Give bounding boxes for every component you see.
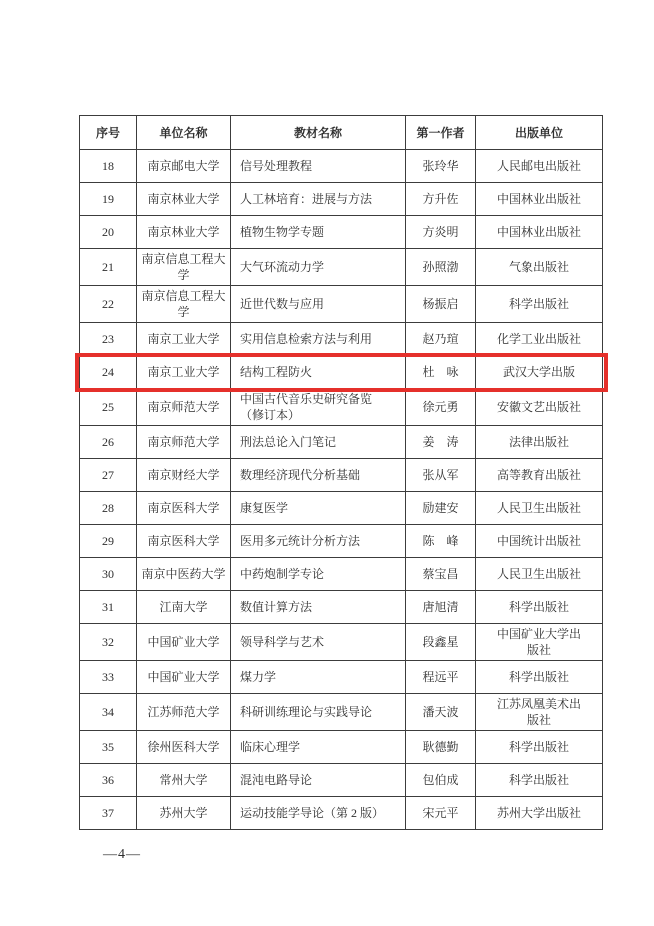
cell-author: 宋元平 (406, 797, 476, 830)
textbook-table: 序号单位名称教材名称第一作者出版单位 18南京邮电大学信号处理教程张玲华人民邮电… (79, 115, 603, 830)
table-row: 21南京信息工程大学大气环流动力学孙照渤气象出版社 (80, 249, 603, 286)
cell-no: 18 (80, 150, 137, 183)
cell-unit: 南京财经大学 (137, 459, 231, 492)
cell-no: 37 (80, 797, 137, 830)
table-row: 34江苏师范大学科研训练理论与实践导论潘天波江苏凤凰美术出版社 (80, 694, 603, 731)
cell-author: 杨振启 (406, 286, 476, 323)
cell-book: 混沌电路导论 (231, 764, 406, 797)
cell-book: 信号处理教程 (231, 150, 406, 183)
cell-unit: 南京工业大学 (137, 323, 231, 356)
cell-unit: 苏州大学 (137, 797, 231, 830)
table-row: 26南京师范大学刑法总论入门笔记姜 涛法律出版社 (80, 426, 603, 459)
cell-author: 孙照渤 (406, 249, 476, 286)
cell-book: 结构工程防火 (231, 356, 406, 389)
cell-publisher: 高等教育出版社 (476, 459, 603, 492)
cell-author: 潘天波 (406, 694, 476, 731)
table-row: 30南京中医药大学中药炮制学专论蔡宝昌人民卫生出版社 (80, 558, 603, 591)
cell-book: 植物生物学专题 (231, 216, 406, 249)
table-row: 33中国矿业大学煤力学程远平科学出版社 (80, 661, 603, 694)
cell-book: 数理经济现代分析基础 (231, 459, 406, 492)
cell-no: 25 (80, 389, 137, 426)
cell-no: 28 (80, 492, 137, 525)
cell-book: 实用信息检索方法与利用 (231, 323, 406, 356)
cell-publisher: 武汉大学出版 (476, 356, 603, 389)
cell-author: 唐旭清 (406, 591, 476, 624)
table-row: 29南京医科大学医用多元统计分析方法陈 峰中国统计出版社 (80, 525, 603, 558)
cell-unit: 南京林业大学 (137, 183, 231, 216)
cell-no: 29 (80, 525, 137, 558)
document-page: 序号单位名称教材名称第一作者出版单位 18南京邮电大学信号处理教程张玲华人民邮电… (0, 0, 654, 926)
cell-unit: 南京信息工程大学 (137, 286, 231, 323)
cell-book: 中药炮制学专论 (231, 558, 406, 591)
cell-no: 26 (80, 426, 137, 459)
cell-no: 30 (80, 558, 137, 591)
cell-no: 19 (80, 183, 137, 216)
cell-book: 运动技能学导论（第 2 版） (231, 797, 406, 830)
cell-unit: 常州大学 (137, 764, 231, 797)
cell-publisher: 气象出版社 (476, 249, 603, 286)
cell-unit: 南京信息工程大学 (137, 249, 231, 286)
cell-author: 姜 涛 (406, 426, 476, 459)
cell-book: 中国古代音乐史研究备览（修订本） (231, 389, 406, 426)
cell-book: 大气环流动力学 (231, 249, 406, 286)
table-row: 31江南大学数值计算方法唐旭清科学出版社 (80, 591, 603, 624)
cell-unit: 南京林业大学 (137, 216, 231, 249)
cell-unit: 南京工业大学 (137, 356, 231, 389)
cell-publisher: 中国林业出版社 (476, 183, 603, 216)
cell-author: 徐元勇 (406, 389, 476, 426)
table-row: 25南京师范大学中国古代音乐史研究备览（修订本）徐元勇安徽文艺出版社 (80, 389, 603, 426)
cell-unit: 南京医科大学 (137, 492, 231, 525)
cell-no: 24 (80, 356, 137, 389)
cell-book: 领导科学与艺术 (231, 624, 406, 661)
cell-book: 临床心理学 (231, 731, 406, 764)
column-header: 教材名称 (231, 116, 406, 150)
cell-unit: 江南大学 (137, 591, 231, 624)
cell-publisher: 中国林业出版社 (476, 216, 603, 249)
cell-no: 20 (80, 216, 137, 249)
cell-no: 36 (80, 764, 137, 797)
cell-book: 刑法总论入门笔记 (231, 426, 406, 459)
table-row: 35徐州医科大学临床心理学耿德勤科学出版社 (80, 731, 603, 764)
cell-publisher: 人民邮电出版社 (476, 150, 603, 183)
table-row: 19南京林业大学人工林培育：进展与方法方升佐中国林业出版社 (80, 183, 603, 216)
cell-author: 陈 峰 (406, 525, 476, 558)
cell-author: 包伯成 (406, 764, 476, 797)
cell-unit: 南京师范大学 (137, 426, 231, 459)
table-header: 序号单位名称教材名称第一作者出版单位 (80, 116, 603, 150)
column-header: 序号 (80, 116, 137, 150)
cell-unit: 南京师范大学 (137, 389, 231, 426)
cell-no: 22 (80, 286, 137, 323)
table-row: 20南京林业大学植物生物学专题方炎明中国林业出版社 (80, 216, 603, 249)
cell-book: 人工林培育：进展与方法 (231, 183, 406, 216)
cell-no: 35 (80, 731, 137, 764)
cell-publisher: 江苏凤凰美术出版社 (476, 694, 603, 731)
table-row: 27南京财经大学数理经济现代分析基础张从军高等教育出版社 (80, 459, 603, 492)
cell-no: 27 (80, 459, 137, 492)
cell-book: 康复医学 (231, 492, 406, 525)
table-row: 23南京工业大学实用信息检索方法与利用赵乃瑄化学工业出版社 (80, 323, 603, 356)
column-header: 出版单位 (476, 116, 603, 150)
cell-unit: 南京医科大学 (137, 525, 231, 558)
page-number: —4— (103, 847, 141, 863)
cell-unit: 江苏师范大学 (137, 694, 231, 731)
cell-author: 张玲华 (406, 150, 476, 183)
table-row: 36常州大学混沌电路导论包伯成科学出版社 (80, 764, 603, 797)
cell-publisher: 苏州大学出版社 (476, 797, 603, 830)
cell-author: 张从军 (406, 459, 476, 492)
cell-book: 科研训练理论与实践导论 (231, 694, 406, 731)
cell-book: 数值计算方法 (231, 591, 406, 624)
cell-no: 34 (80, 694, 137, 731)
cell-publisher: 法律出版社 (476, 426, 603, 459)
cell-publisher: 人民卫生出版社 (476, 492, 603, 525)
header-row: 序号单位名称教材名称第一作者出版单位 (80, 116, 603, 150)
cell-author: 励建安 (406, 492, 476, 525)
table-row: 28南京医科大学康复医学励建安人民卫生出版社 (80, 492, 603, 525)
cell-unit: 南京邮电大学 (137, 150, 231, 183)
cell-publisher: 科学出版社 (476, 286, 603, 323)
column-header: 单位名称 (137, 116, 231, 150)
cell-publisher: 人民卫生出版社 (476, 558, 603, 591)
cell-author: 程远平 (406, 661, 476, 694)
cell-publisher: 中国统计出版社 (476, 525, 603, 558)
cell-author: 杜 咏 (406, 356, 476, 389)
cell-author: 蔡宝昌 (406, 558, 476, 591)
cell-publisher: 科学出版社 (476, 661, 603, 694)
table-body: 18南京邮电大学信号处理教程张玲华人民邮电出版社19南京林业大学人工林培育：进展… (80, 150, 603, 830)
column-header: 第一作者 (406, 116, 476, 150)
table-row: 22南京信息工程大学近世代数与应用杨振启科学出版社 (80, 286, 603, 323)
cell-unit: 中国矿业大学 (137, 624, 231, 661)
table-row: 32中国矿业大学领导科学与艺术段鑫星中国矿业大学出版社 (80, 624, 603, 661)
cell-publisher: 中国矿业大学出版社 (476, 624, 603, 661)
cell-no: 31 (80, 591, 137, 624)
cell-no: 32 (80, 624, 137, 661)
cell-book: 煤力学 (231, 661, 406, 694)
table-row: 18南京邮电大学信号处理教程张玲华人民邮电出版社 (80, 150, 603, 183)
cell-publisher: 科学出版社 (476, 591, 603, 624)
cell-book: 医用多元统计分析方法 (231, 525, 406, 558)
cell-publisher: 科学出版社 (476, 731, 603, 764)
table-row: 37苏州大学运动技能学导论（第 2 版）宋元平苏州大学出版社 (80, 797, 603, 830)
cell-author: 耿德勤 (406, 731, 476, 764)
cell-unit: 徐州医科大学 (137, 731, 231, 764)
cell-unit: 南京中医药大学 (137, 558, 231, 591)
cell-no: 21 (80, 249, 137, 286)
cell-author: 赵乃瑄 (406, 323, 476, 356)
cell-publisher: 科学出版社 (476, 764, 603, 797)
cell-publisher: 安徽文艺出版社 (476, 389, 603, 426)
cell-publisher: 化学工业出版社 (476, 323, 603, 356)
cell-author: 段鑫星 (406, 624, 476, 661)
cell-no: 23 (80, 323, 137, 356)
cell-no: 33 (80, 661, 137, 694)
cell-unit: 中国矿业大学 (137, 661, 231, 694)
table-row: 24南京工业大学结构工程防火杜 咏武汉大学出版 (80, 356, 603, 389)
cell-author: 方炎明 (406, 216, 476, 249)
cell-book: 近世代数与应用 (231, 286, 406, 323)
cell-author: 方升佐 (406, 183, 476, 216)
